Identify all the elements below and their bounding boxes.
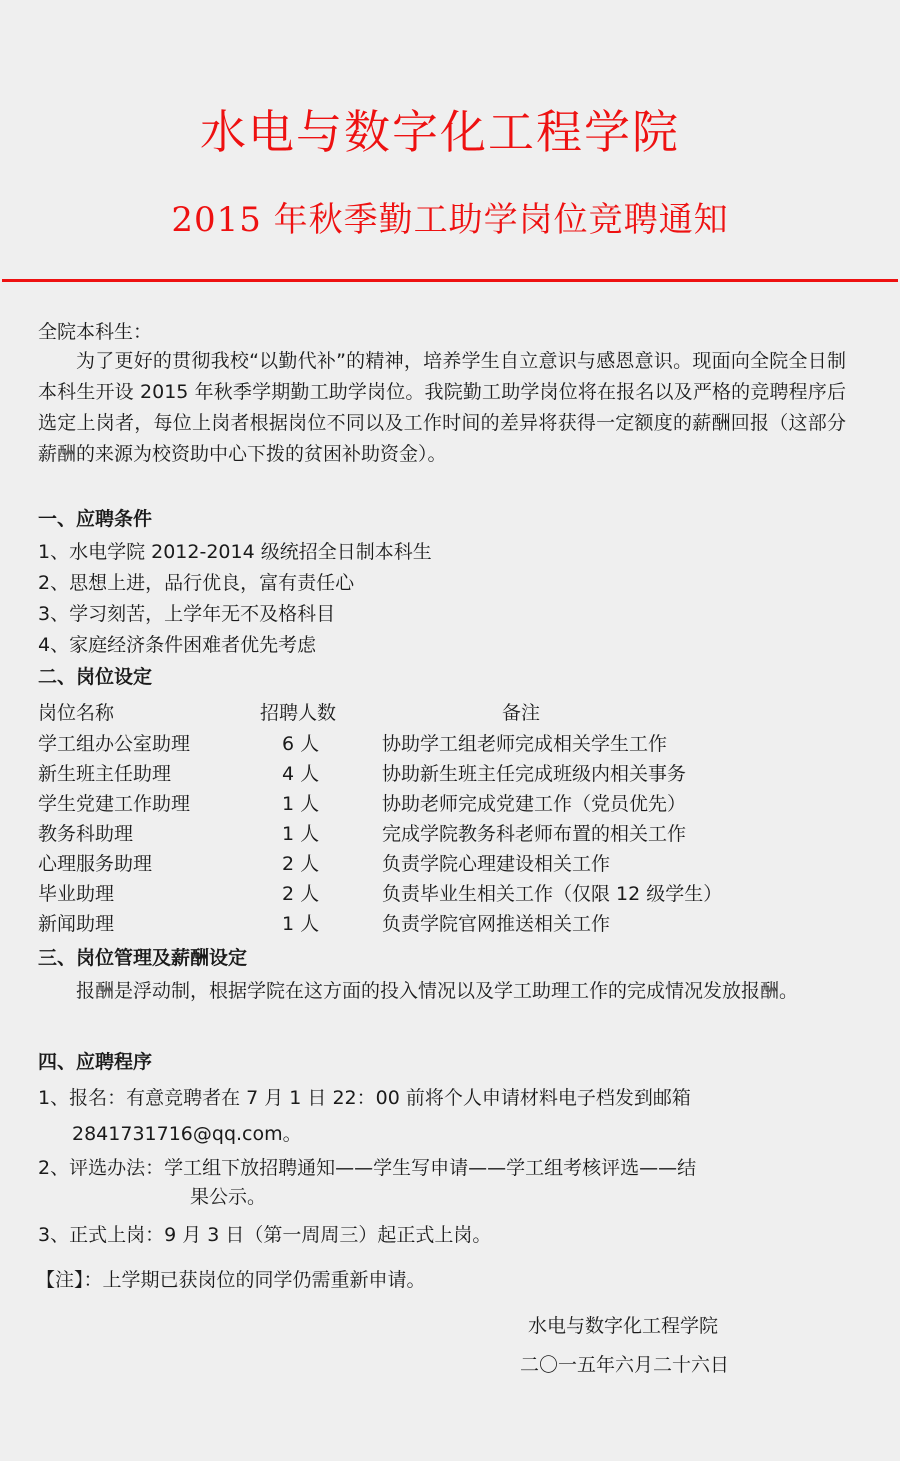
intro-paragraph: 为了更好的贯彻我校“以勤代补”的精神，培养学生自立意识与感恩意识。现面向全院全日… — [38, 346, 846, 470]
signature-org: 水电与数字化工程学院 — [528, 1311, 718, 1338]
salutation: 全院本科生： — [38, 317, 152, 344]
position-count: 2 人 — [282, 879, 319, 906]
title-divider — [2, 279, 898, 282]
position-name: 新闻助理 — [38, 909, 114, 936]
position-name: 教务科助理 — [38, 819, 133, 846]
position-name: 毕业助理 — [38, 879, 114, 906]
signature-date: 二〇一五年六月二十六日 — [520, 1350, 729, 1377]
institution-title: 水电与数字化工程学院 — [0, 96, 880, 162]
position-count: 1 人 — [282, 789, 319, 816]
procedure-step-2-cont: 果公示。 — [190, 1182, 266, 1209]
section4-heading: 四、应聘程序 — [38, 1047, 152, 1074]
position-note: 负责学院官网推送相关工作 — [382, 909, 610, 936]
table-row: 学生党建工作助理 1 人 协助老师完成党建工作（党员优先） — [38, 789, 858, 819]
position-note: 完成学院教务科老师布置的相关工作 — [382, 819, 686, 846]
position-count: 4 人 — [282, 759, 319, 786]
positions-table-header: 岗位名称 招聘人数 备注 — [38, 698, 858, 728]
position-name: 新生班主任助理 — [38, 759, 171, 786]
compensation-paragraph: 报酬是浮动制，根据学院在这方面的投入情况以及学工助理工作的完成情况发放报酬。 — [38, 976, 846, 1007]
application-email: 2841731716@qq.com。 — [72, 1119, 302, 1146]
requirement-item: 3、学习刻苦，上学年无不及格科目 — [38, 599, 335, 626]
table-row: 教务科助理 1 人 完成学院教务科老师布置的相关工作 — [38, 819, 858, 849]
position-note: 负责毕业生相关工作（仅限 12 级学生） — [382, 879, 722, 906]
procedure-step-2: 2、评选办法：学工组下放招聘通知——学生写申请——学工组考核评选——结 — [38, 1153, 696, 1180]
section1-heading: 一、应聘条件 — [38, 504, 152, 531]
position-name: 心理服务助理 — [38, 849, 152, 876]
position-note: 协助学工组老师完成相关学生工作 — [382, 729, 667, 756]
procedure-step-3: 3、正式上岗：9 月 3 日（第一周周三）起正式上岗。 — [38, 1220, 491, 1247]
column-header-position: 岗位名称 — [38, 698, 114, 725]
requirement-item: 1、水电学院 2012-2014 级统招全日制本科生 — [38, 537, 432, 564]
position-note: 负责学院心理建设相关工作 — [382, 849, 610, 876]
position-count: 1 人 — [282, 909, 319, 936]
position-count: 2 人 — [282, 849, 319, 876]
table-row: 新闻助理 1 人 负责学院官网推送相关工作 — [38, 909, 858, 939]
note: 【注】：上学期已获岗位的同学仍需重新申请。 — [36, 1265, 426, 1292]
position-name: 学工组办公室助理 — [38, 729, 190, 756]
section2-heading: 二、岗位设定 — [38, 662, 152, 689]
table-row: 新生班主任助理 4 人 协助新生班主任完成班级内相关事务 — [38, 759, 858, 789]
position-note: 协助新生班主任完成班级内相关事务 — [382, 759, 686, 786]
requirement-item: 2、思想上进，品行优良，富有责任心 — [38, 568, 354, 595]
notice-title: 2015 年秋季勤工助学岗位竞聘通知 — [0, 192, 900, 241]
table-row: 毕业助理 2 人 负责毕业生相关工作（仅限 12 级学生） — [38, 879, 858, 909]
section3-heading: 三、岗位管理及薪酬设定 — [38, 943, 247, 970]
column-header-count: 招聘人数 — [260, 698, 336, 725]
table-row: 心理服务助理 2 人 负责学院心理建设相关工作 — [38, 849, 858, 879]
position-name: 学生党建工作助理 — [38, 789, 190, 816]
requirement-item: 4、家庭经济条件困难者优先考虑 — [38, 630, 316, 657]
position-count: 1 人 — [282, 819, 319, 846]
position-count: 6 人 — [282, 729, 319, 756]
table-row: 学工组办公室助理 6 人 协助学工组老师完成相关学生工作 — [38, 729, 858, 759]
column-header-note: 备注 — [502, 698, 540, 725]
procedure-step-1: 1、报名：有意竞聘者在 7 月 1 日 22：00 前将个人申请材料电子档发到邮… — [38, 1083, 691, 1110]
position-note: 协助老师完成党建工作（党员优先） — [382, 789, 686, 816]
